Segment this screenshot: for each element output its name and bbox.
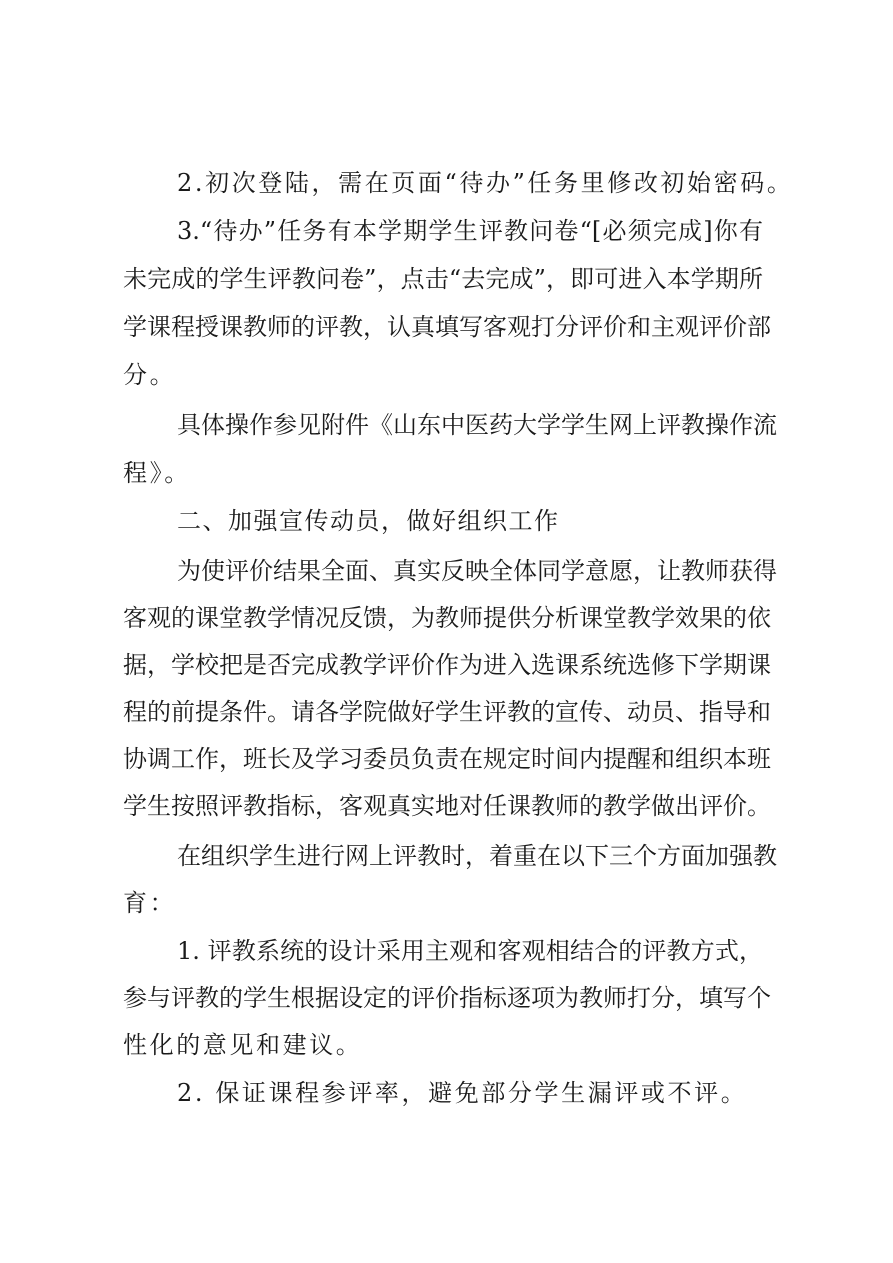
paragraph-purpose-line-2: 客观的课堂教学情况反馈，为教师提供分析课堂教学效果的依 [123, 595, 763, 641]
paragraph-todo-line-3: 学课程授课教师的评教，认真填写客观打分评价和主观评价部 [123, 304, 763, 350]
paragraph-attachment-line-1: 具体操作参见附件《山东中医药大学学生网上评教操作流 [177, 402, 763, 448]
paragraph-attachment-line-2: 程》。 [123, 450, 191, 496]
paragraph-purpose-line-5: 协调工作，班长及学习委员负责在规定时间内提醒和组织本班 [123, 736, 763, 782]
item-2-line-1: 2. 保证课程参评率，避免部分学生漏评或不评。 [177, 1070, 747, 1116]
paragraph-purpose-line-4: 程的前提条件。请各学院做好学生评教的宣传、动员、指导和 [123, 689, 763, 735]
paragraph-login-line-1: 2.初次登陆，需在页面“待办”任务里修改初始密码。 [177, 160, 793, 206]
paragraph-education-line-1: 在组织学生进行网上评教时，着重在以下三个方面加强教 [177, 833, 763, 879]
paragraph-purpose-line-6: 学生按照评教指标，客观真实地对任课教师的教学做出评价。 [123, 783, 763, 829]
item-1-line-3: 性化的意见和建议。 [123, 1022, 362, 1068]
paragraph-purpose-line-3: 据，学校把是否完成教学评价作为进入选课系统选修下学期课 [123, 642, 763, 688]
section-heading-2: 二、加强宣传动员，做好组织工作 [177, 498, 560, 544]
item-1-line-1: 1. 评教系统的设计采用主观和客观相结合的评教方式， [177, 928, 763, 974]
paragraph-purpose-line-1: 为使评价结果全面、真实反映全体同学意愿，让教师获得 [177, 548, 763, 594]
item-1-line-2: 参与评教的学生根据设定的评价指标逐项为教师打分，填写个 [123, 975, 763, 1021]
paragraph-todo-line-2: 未完成的学生评教问卷”，点击“去完成”，即可进入本学期所 [123, 256, 763, 302]
paragraph-todo-line-1: 3.“待办”任务有本学期学生评教问卷“[必须完成]你有 [177, 208, 763, 254]
paragraph-todo-line-4: 分。 [123, 352, 176, 398]
paragraph-education-line-2: 育： [123, 880, 176, 926]
